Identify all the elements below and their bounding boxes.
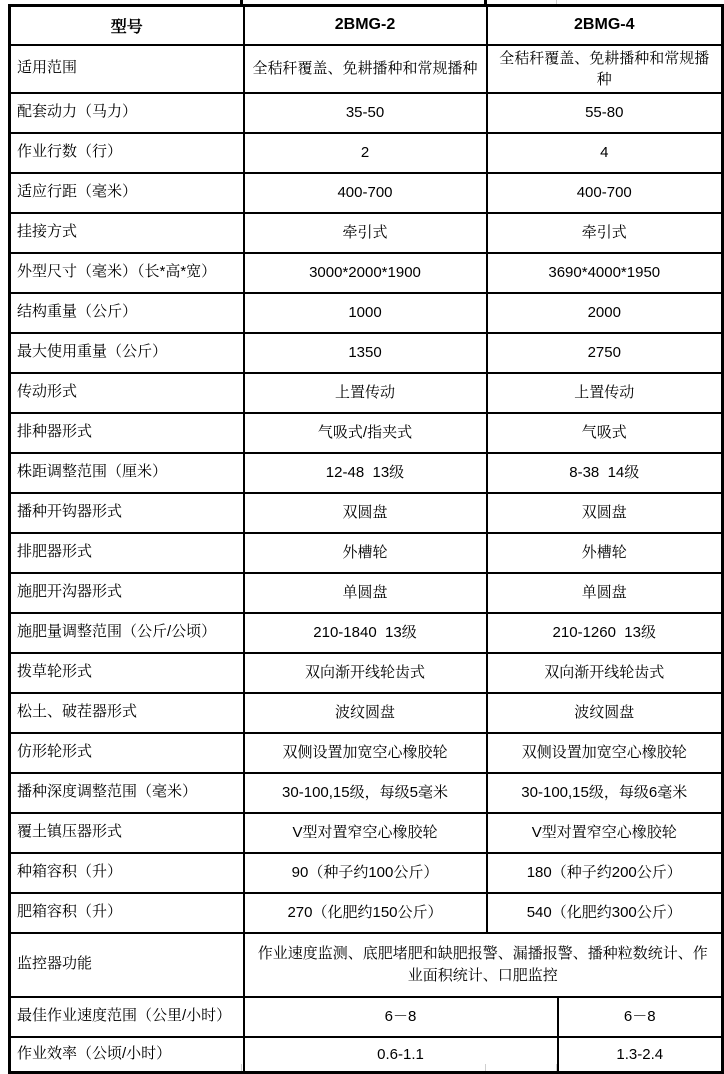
- row-label: 挂接方式: [10, 213, 244, 253]
- row-label: 最佳作业速度范围（公里/小时）: [10, 997, 244, 1037]
- row-value-model-1: 波纹圆盘: [244, 693, 487, 733]
- row-value-model-1: 210-1840 13级: [244, 613, 487, 653]
- header-row: 型号 2BMG-2 2BMG-4: [10, 6, 723, 45]
- col-header-model-label: 型号: [10, 6, 244, 45]
- row-label: 外型尺寸（毫米）（长*高*宽）: [10, 253, 244, 293]
- table-row: 监控器功能作业速度监测、底肥堵肥和缺肥报警、漏播报警、播种粒数统计、作业面积统计…: [10, 933, 723, 997]
- table-row: 挂接方式牵引式牵引式: [10, 213, 723, 253]
- row-value-model-1: 双圆盘: [244, 493, 487, 533]
- row-label: 排种器形式: [10, 413, 244, 453]
- row-value-model-1: 400-700: [244, 173, 487, 213]
- table-row: 施肥量调整范围（公斤/公顷）210-1840 13级210-1260 13级: [10, 613, 723, 653]
- row-value-model-1: 双侧设置加宽空心橡胶轮: [244, 733, 487, 773]
- row-value-model-1: 0.6-1.1: [244, 1037, 558, 1073]
- row-label: 适用范围: [10, 45, 244, 93]
- row-value-model-2: 2750: [487, 333, 723, 373]
- row-label: 覆土镇压器形式: [10, 813, 244, 853]
- row-value-model-2: 55-80: [487, 93, 723, 133]
- row-value-model-1: 牵引式: [244, 213, 487, 253]
- row-label: 施肥开沟器形式: [10, 573, 244, 613]
- row-value-model-2: V型对置窄空心橡胶轮: [487, 813, 723, 853]
- row-value-model-1: 单圆盘: [244, 573, 487, 613]
- table-row: 作业行数（行）24: [10, 133, 723, 173]
- row-value-model-2: 气吸式: [487, 413, 723, 453]
- row-value-model-1: V型对置窄空心橡胶轮: [244, 813, 487, 853]
- table-row: 适应行距（毫米）400-700400-700: [10, 173, 723, 213]
- row-value-model-1: 12-48 13级: [244, 453, 487, 493]
- row-label: 最大使用重量（公斤）: [10, 333, 244, 373]
- row-value-model-2: 30-100,15级，每级6毫米: [487, 773, 723, 813]
- row-value-model-2: 210-1260 13级: [487, 613, 723, 653]
- row-value-model-2: 4: [487, 133, 723, 173]
- row-value-model-2: 1.3-2.4: [558, 1037, 723, 1073]
- row-value-model-2: 波纹圆盘: [487, 693, 723, 733]
- table-row: 拨草轮形式双向渐开线轮齿式双向渐开线轮齿式: [10, 653, 723, 693]
- row-label: 播种开钩器形式: [10, 493, 244, 533]
- col-header-model-1: 2BMG-2: [244, 6, 487, 45]
- row-value-model-2: 牵引式: [487, 213, 723, 253]
- table-row: 传动形式上置传动上置传动: [10, 373, 723, 413]
- row-label: 拨草轮形式: [10, 653, 244, 693]
- spreadsheet-page: 型号 2BMG-2 2BMG-4 适用范围全秸秆覆盖、免耕播种和常规播种全秸秆覆…: [0, 0, 724, 1074]
- row-label: 配套动力（马力）: [10, 93, 244, 133]
- row-value-model-1: 6－8: [244, 997, 558, 1037]
- row-value-model-1: 90（种子约100公斤）: [244, 853, 487, 893]
- row-value-model-1: 35-50: [244, 93, 487, 133]
- row-value-model-1: 2: [244, 133, 487, 173]
- table-row: 覆土镇压器形式V型对置窄空心橡胶轮V型对置窄空心橡胶轮: [10, 813, 723, 853]
- table-row: 播种深度调整范围（毫米）30-100,15级，每级5毫米30-100,15级，每…: [10, 773, 723, 813]
- table-row: 种箱容积（升）90（种子约100公斤）180（种子约200公斤）: [10, 853, 723, 893]
- table-row: 施肥开沟器形式单圆盘单圆盘: [10, 573, 723, 613]
- table-row: 肥箱容积（升）270（化肥约150公斤）540（化肥约300公斤）: [10, 893, 723, 933]
- row-value-model-2: 400-700: [487, 173, 723, 213]
- row-value-model-2: 双向渐开线轮齿式: [487, 653, 723, 693]
- row-value-model-2: 双侧设置加宽空心橡胶轮: [487, 733, 723, 773]
- table-row: 排肥器形式外槽轮外槽轮: [10, 533, 723, 573]
- row-value-model-1: 上置传动: [244, 373, 487, 413]
- row-value-model-2: 180（种子约200公斤）: [487, 853, 723, 893]
- row-value-model-1: 气吸式/指夹式: [244, 413, 487, 453]
- row-label: 株距调整范围（厘米）: [10, 453, 244, 493]
- row-label: 监控器功能: [10, 933, 244, 997]
- table-row: 排种器形式气吸式/指夹式气吸式: [10, 413, 723, 453]
- row-label: 适应行距（毫米）: [10, 173, 244, 213]
- row-label: 作业行数（行）: [10, 133, 244, 173]
- row-value-model-2: 外槽轮: [487, 533, 723, 573]
- row-value-model-1: 全秸秆覆盖、免耕播种和常规播种: [244, 45, 487, 93]
- row-value-model-1: 3000*2000*1900: [244, 253, 487, 293]
- row-value-model-1: 双向渐开线轮齿式: [244, 653, 487, 693]
- table-row: 播种开钩器形式双圆盘双圆盘: [10, 493, 723, 533]
- row-value-model-1: 270（化肥约150公斤）: [244, 893, 487, 933]
- row-value-model-1: 30-100,15级，每级5毫米: [244, 773, 487, 813]
- row-value-model-2: 8-38 14级: [487, 453, 723, 493]
- row-label: 施肥量调整范围（公斤/公顷）: [10, 613, 244, 653]
- table-row: 松土、破茬器形式波纹圆盘波纹圆盘: [10, 693, 723, 733]
- row-label: 排肥器形式: [10, 533, 244, 573]
- row-label: 种箱容积（升）: [10, 853, 244, 893]
- table-row: 最佳作业速度范围（公里/小时）6－86－8: [10, 997, 723, 1037]
- row-label: 肥箱容积（升）: [10, 893, 244, 933]
- table-row: 结构重量（公斤）10002000: [10, 293, 723, 333]
- row-label: 播种深度调整范围（毫米）: [10, 773, 244, 813]
- row-value-model-2: 540（化肥约300公斤）: [487, 893, 723, 933]
- row-value-model-2: 单圆盘: [487, 573, 723, 613]
- row-label: 松土、破茬器形式: [10, 693, 244, 733]
- table-row: 作业效率（公顷/小时）0.6-1.11.3-2.4: [10, 1037, 723, 1073]
- col-header-model-2: 2BMG-4: [487, 6, 723, 45]
- row-value-model-1: 外槽轮: [244, 533, 487, 573]
- row-value-model-1: 1000: [244, 293, 487, 333]
- row-value-model-2: 全秸秆覆盖、免耕播种和常规播种: [487, 45, 723, 93]
- row-label: 作业效率（公顷/小时）: [10, 1037, 244, 1073]
- table-row: 株距调整范围（厘米）12-48 13级8-38 14级: [10, 453, 723, 493]
- row-label: 结构重量（公斤）: [10, 293, 244, 333]
- table-row: 最大使用重量（公斤）13502750: [10, 333, 723, 373]
- row-value-model-2: 3690*4000*1950: [487, 253, 723, 293]
- row-label: 传动形式: [10, 373, 244, 413]
- row-value-model-2: 2000: [487, 293, 723, 333]
- row-label: 仿形轮形式: [10, 733, 244, 773]
- spec-table: 型号 2BMG-2 2BMG-4 适用范围全秸秆覆盖、免耕播种和常规播种全秸秆覆…: [8, 4, 724, 1074]
- row-value-merged: 作业速度监测、底肥堵肥和缺肥报警、漏播报警、播种粒数统计、作业面积统计、口肥监控: [244, 933, 723, 997]
- table-row: 配套动力（马力）35-5055-80: [10, 93, 723, 133]
- row-value-model-1: 1350: [244, 333, 487, 373]
- table-row: 外型尺寸（毫米）（长*高*宽）3000*2000*19003690*4000*1…: [10, 253, 723, 293]
- table-row: 适用范围全秸秆覆盖、免耕播种和常规播种全秸秆覆盖、免耕播种和常规播种: [10, 45, 723, 93]
- row-value-model-2: 上置传动: [487, 373, 723, 413]
- table-row: 仿形轮形式双侧设置加宽空心橡胶轮双侧设置加宽空心橡胶轮: [10, 733, 723, 773]
- row-value-model-2: 双圆盘: [487, 493, 723, 533]
- row-value-model-2: 6－8: [558, 997, 723, 1037]
